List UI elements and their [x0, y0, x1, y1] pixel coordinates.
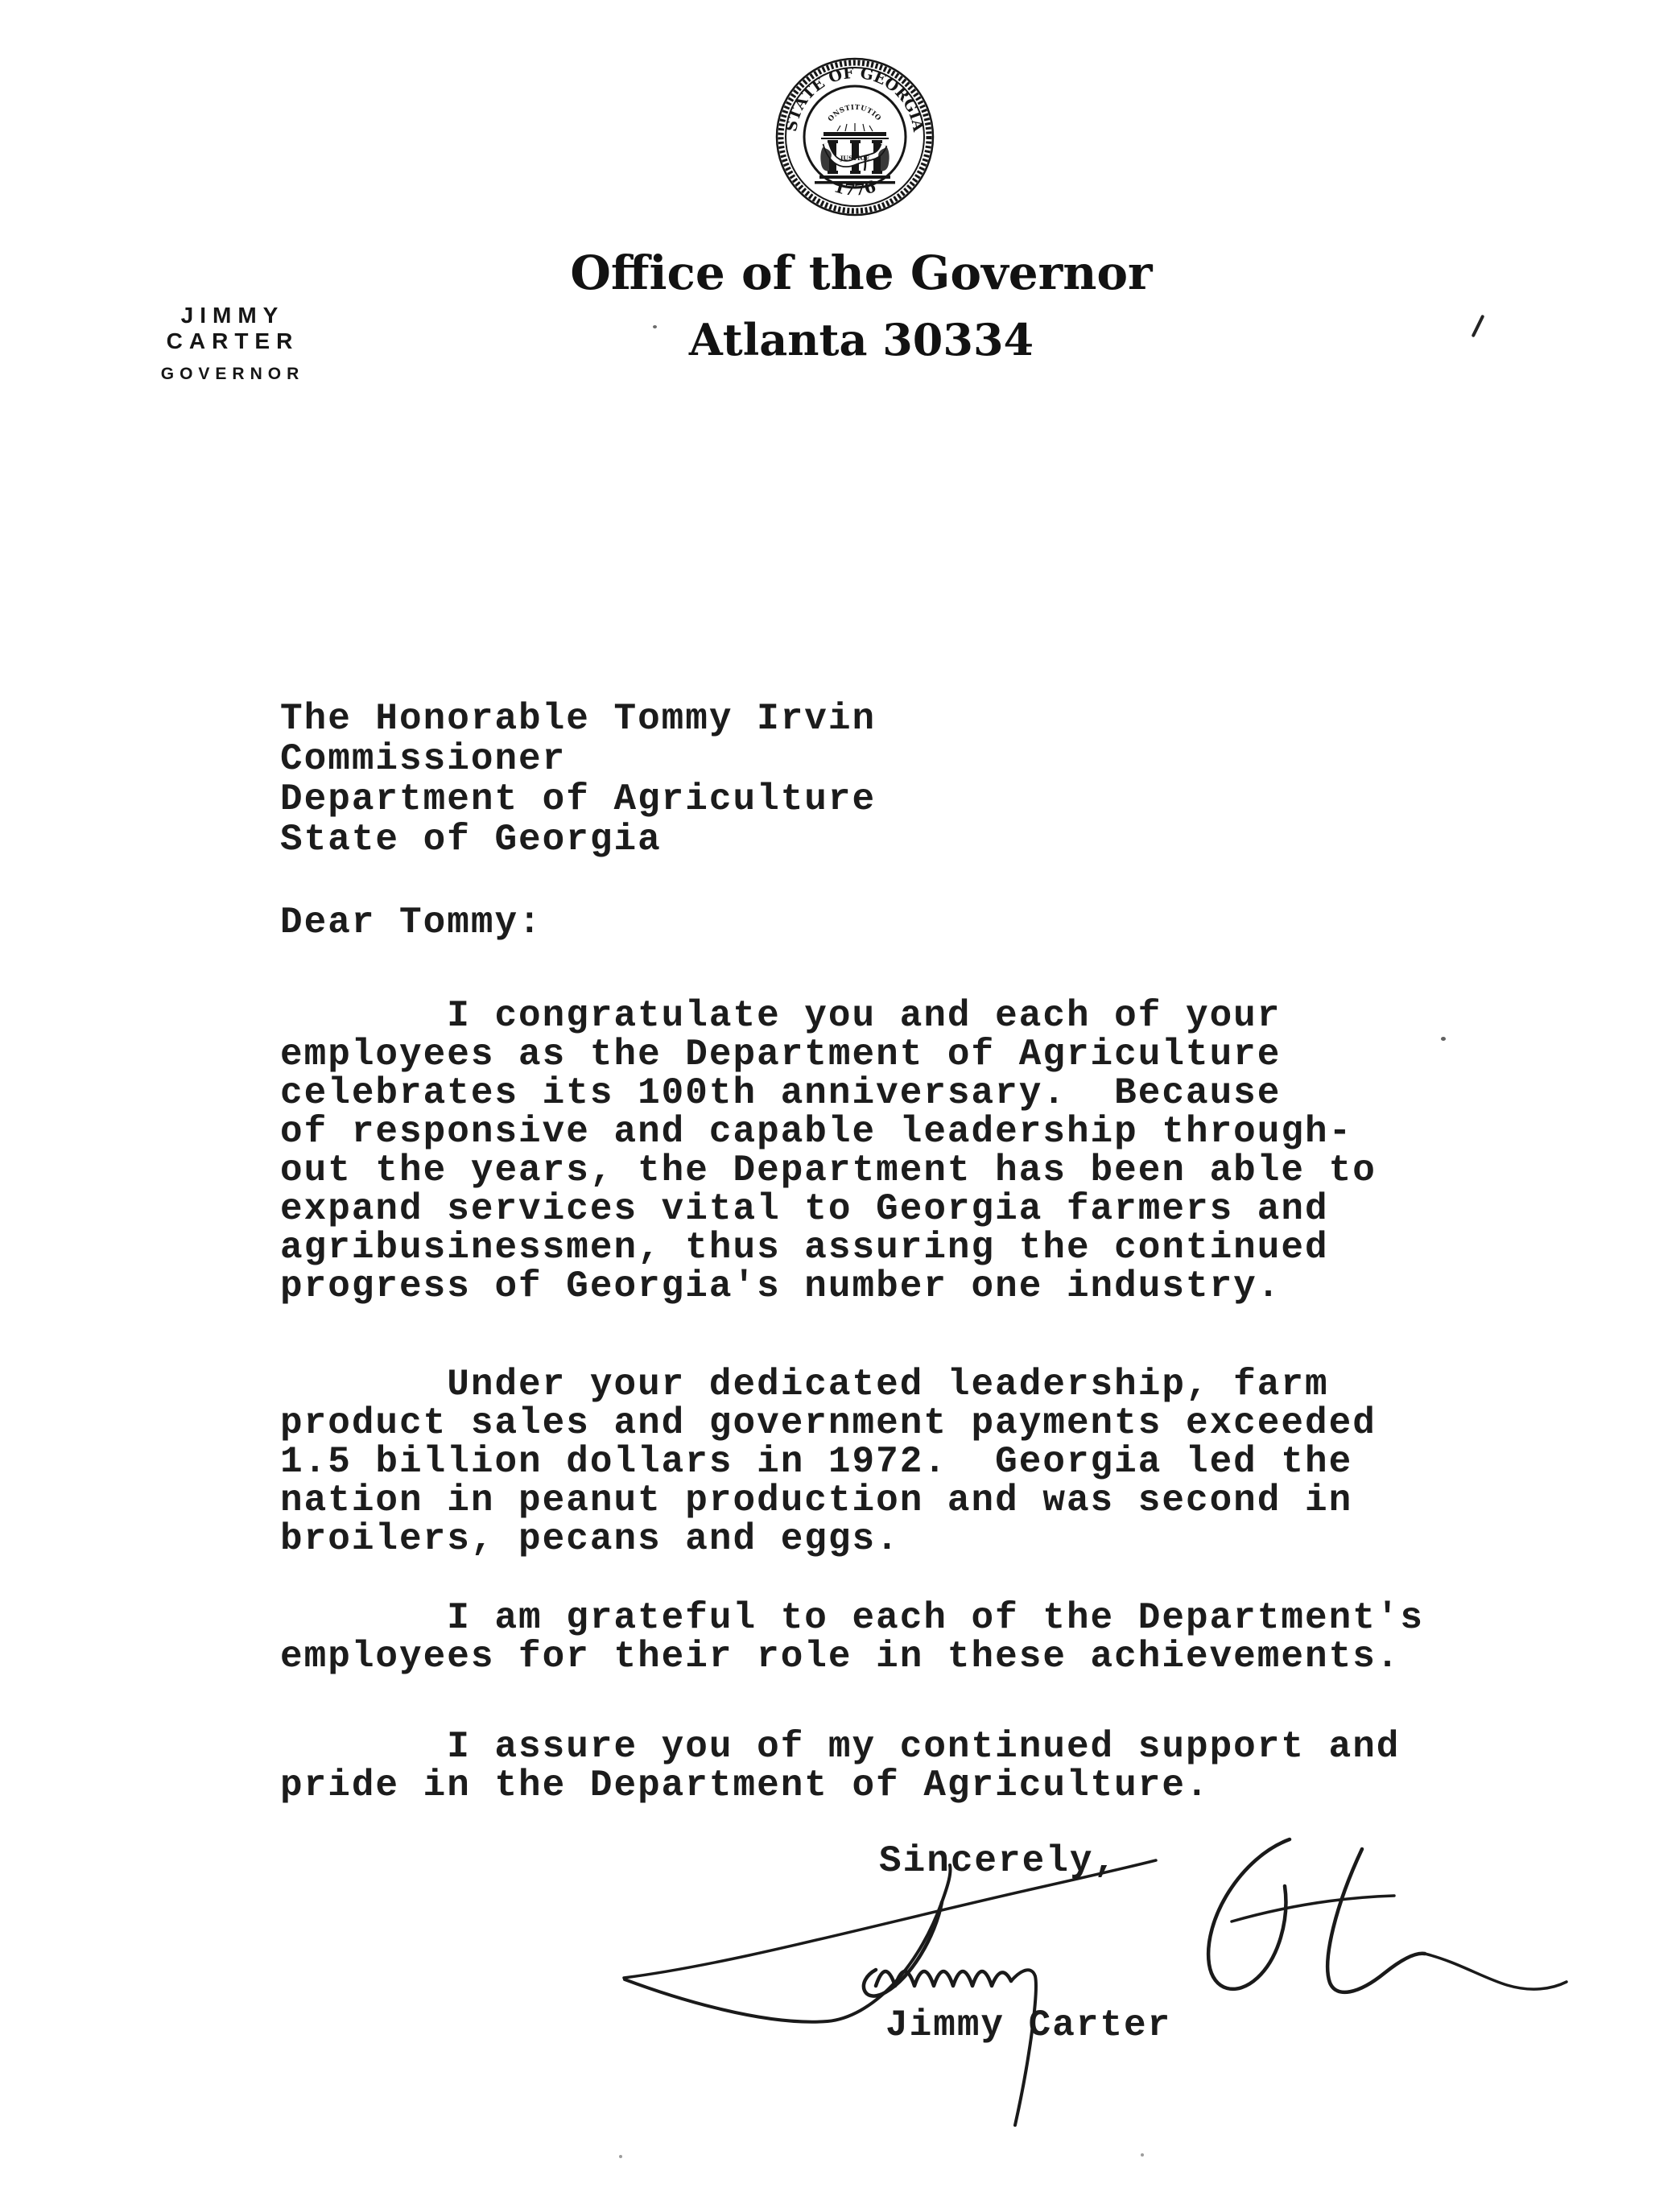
- handwritten-signature-jimmy-carter: [588, 1815, 1602, 2133]
- official-title: GOVERNOR: [109, 365, 356, 384]
- letterhead-city-zip-line: Atlanta 30334: [459, 316, 1264, 364]
- seal-ring-text: STATE OF GEORGIA: [782, 64, 927, 134]
- scan-speck: [653, 325, 657, 328]
- official-name: JIMMY CARTER: [109, 303, 356, 354]
- official-block: JIMMY CARTER GOVERNOR: [109, 303, 356, 384]
- paragraph-1: I congratulate you and each of your empl…: [280, 997, 1377, 1306]
- seal-banner-text: JUSTICE: [840, 155, 870, 162]
- seal-year-text: 1776: [832, 176, 878, 199]
- scan-speck: [1141, 2153, 1144, 2157]
- recipient-address-block: The Honorable Tommy Irvin Commissioner D…: [280, 699, 876, 860]
- paragraph-3: I am grateful to each of the Department'…: [280, 1599, 1424, 1676]
- scan-speck: [1441, 1037, 1446, 1041]
- paragraph-2: Under your dedicated leadership, farm pr…: [280, 1365, 1377, 1558]
- letterhead: Office of the Governor Atlanta 30334: [459, 246, 1264, 364]
- scan-speck: [619, 2155, 622, 2158]
- seal-rays: [837, 123, 873, 131]
- salutation: Dear Tommy:: [280, 903, 543, 942]
- paragraph-4: I assure you of my continued support and…: [280, 1727, 1400, 1805]
- georgia-state-seal-icon: STATE OF GEORGIA 1776 CONSTITUTION: [773, 55, 937, 219]
- letterhead-office-line: Office of the Governor: [459, 246, 1264, 300]
- scanned-letter-page: STATE OF GEORGIA 1776 CONSTITUTION: [0, 0, 1680, 2200]
- stray-pen-mark: [1472, 315, 1485, 338]
